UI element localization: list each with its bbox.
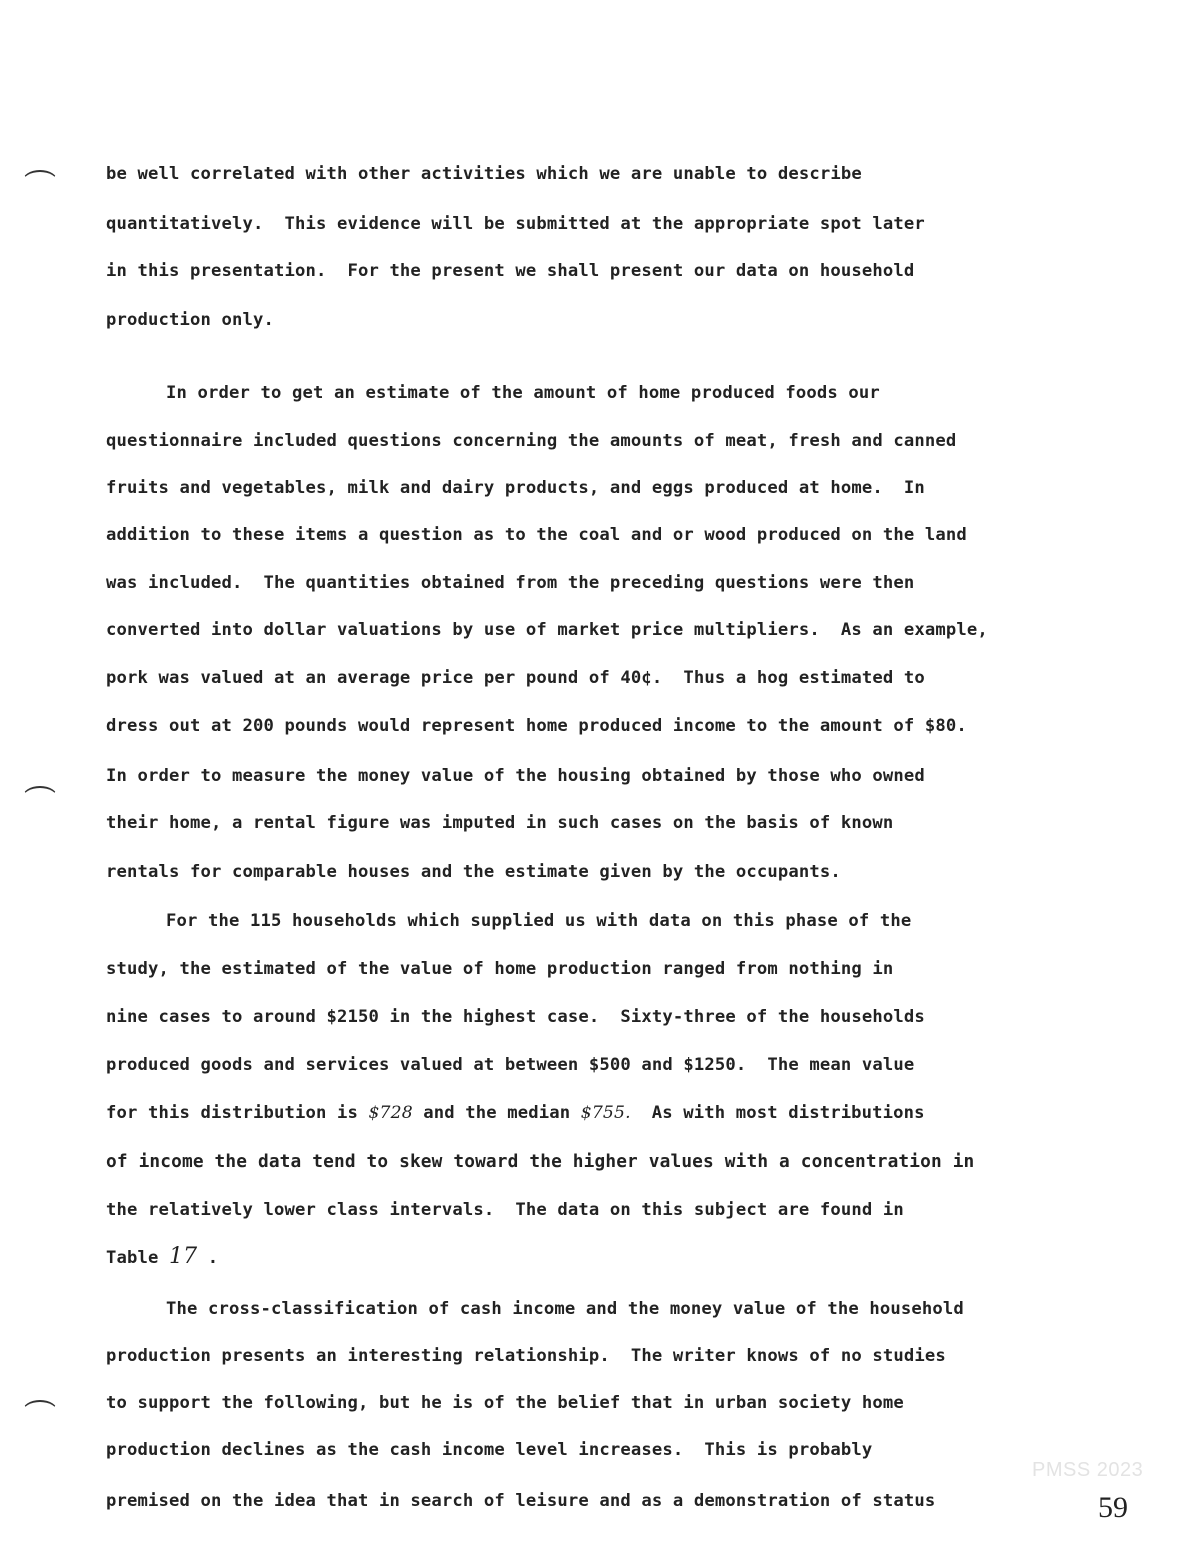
text-fragment: Table (106, 1248, 169, 1268)
text-fragment: . (197, 1248, 218, 1268)
text-line: be well correlated with other activities… (106, 162, 862, 186)
handwritten-median-value: $755. (581, 1103, 631, 1123)
handwritten-table-number: 17 (169, 1244, 197, 1269)
paragraph-first-line: The cross-classification of cash income … (166, 1297, 964, 1321)
text-fragment: and the median (413, 1103, 581, 1123)
margin-hole-mark (22, 170, 58, 194)
text-line: pork was valued at an average price per … (106, 666, 925, 690)
text-line: production presents an interesting relat… (106, 1344, 946, 1368)
text-line: In order to measure the money value of t… (106, 764, 925, 788)
text-line: converted into dollar valuations by use … (106, 618, 988, 642)
text-line: dress out at 200 pounds would represent … (106, 714, 967, 738)
table-reference-line: Table 17 . (106, 1245, 218, 1270)
text-line: addition to these items a question as to… (106, 523, 967, 547)
text-line: questionnaire included questions concern… (106, 429, 956, 453)
text-line: fruits and vegetables, milk and dairy pr… (106, 476, 925, 500)
text-line: production declines as the cash income l… (106, 1438, 872, 1462)
handwritten-mean-value: $728 (368, 1103, 412, 1123)
text-line: in this presentation. For the present we… (106, 259, 914, 283)
text-line: to support the following, but he is of t… (106, 1391, 904, 1415)
paragraph-first-line: In order to get an estimate of the amoun… (166, 381, 880, 405)
text-line: production only. (106, 308, 274, 332)
text-line: was included. The quantities obtained fr… (106, 571, 914, 595)
document-page: be well correlated with other activities… (0, 0, 1200, 1560)
text-line: study, the estimated of the value of hom… (106, 957, 893, 981)
margin-hole-mark (22, 1400, 58, 1424)
text-line: rentals for comparable houses and the es… (106, 860, 841, 884)
text-fragment: As with most distributions (631, 1103, 925, 1123)
text-fragment: for this distribution is (106, 1103, 368, 1123)
text-line: of income the data tend to skew toward t… (106, 1150, 974, 1174)
watermark: PMSS 2023 (1032, 1459, 1143, 1482)
text-line: quantitatively. This evidence will be su… (106, 212, 925, 236)
text-line-with-handwriting: for this distribution is $728 and the me… (106, 1101, 925, 1125)
text-line: the relatively lower class intervals. Th… (106, 1198, 904, 1222)
page-number: 59 (1098, 1491, 1128, 1525)
paragraph-first-line: For the 115 households which supplied us… (166, 909, 911, 933)
text-line: nine cases to around $2150 in the highes… (106, 1005, 925, 1029)
text-line: their home, a rental figure was imputed … (106, 811, 893, 835)
text-line: premised on the idea that in search of l… (106, 1489, 935, 1513)
margin-hole-mark (22, 786, 58, 810)
text-line: produced goods and services valued at be… (106, 1053, 914, 1077)
